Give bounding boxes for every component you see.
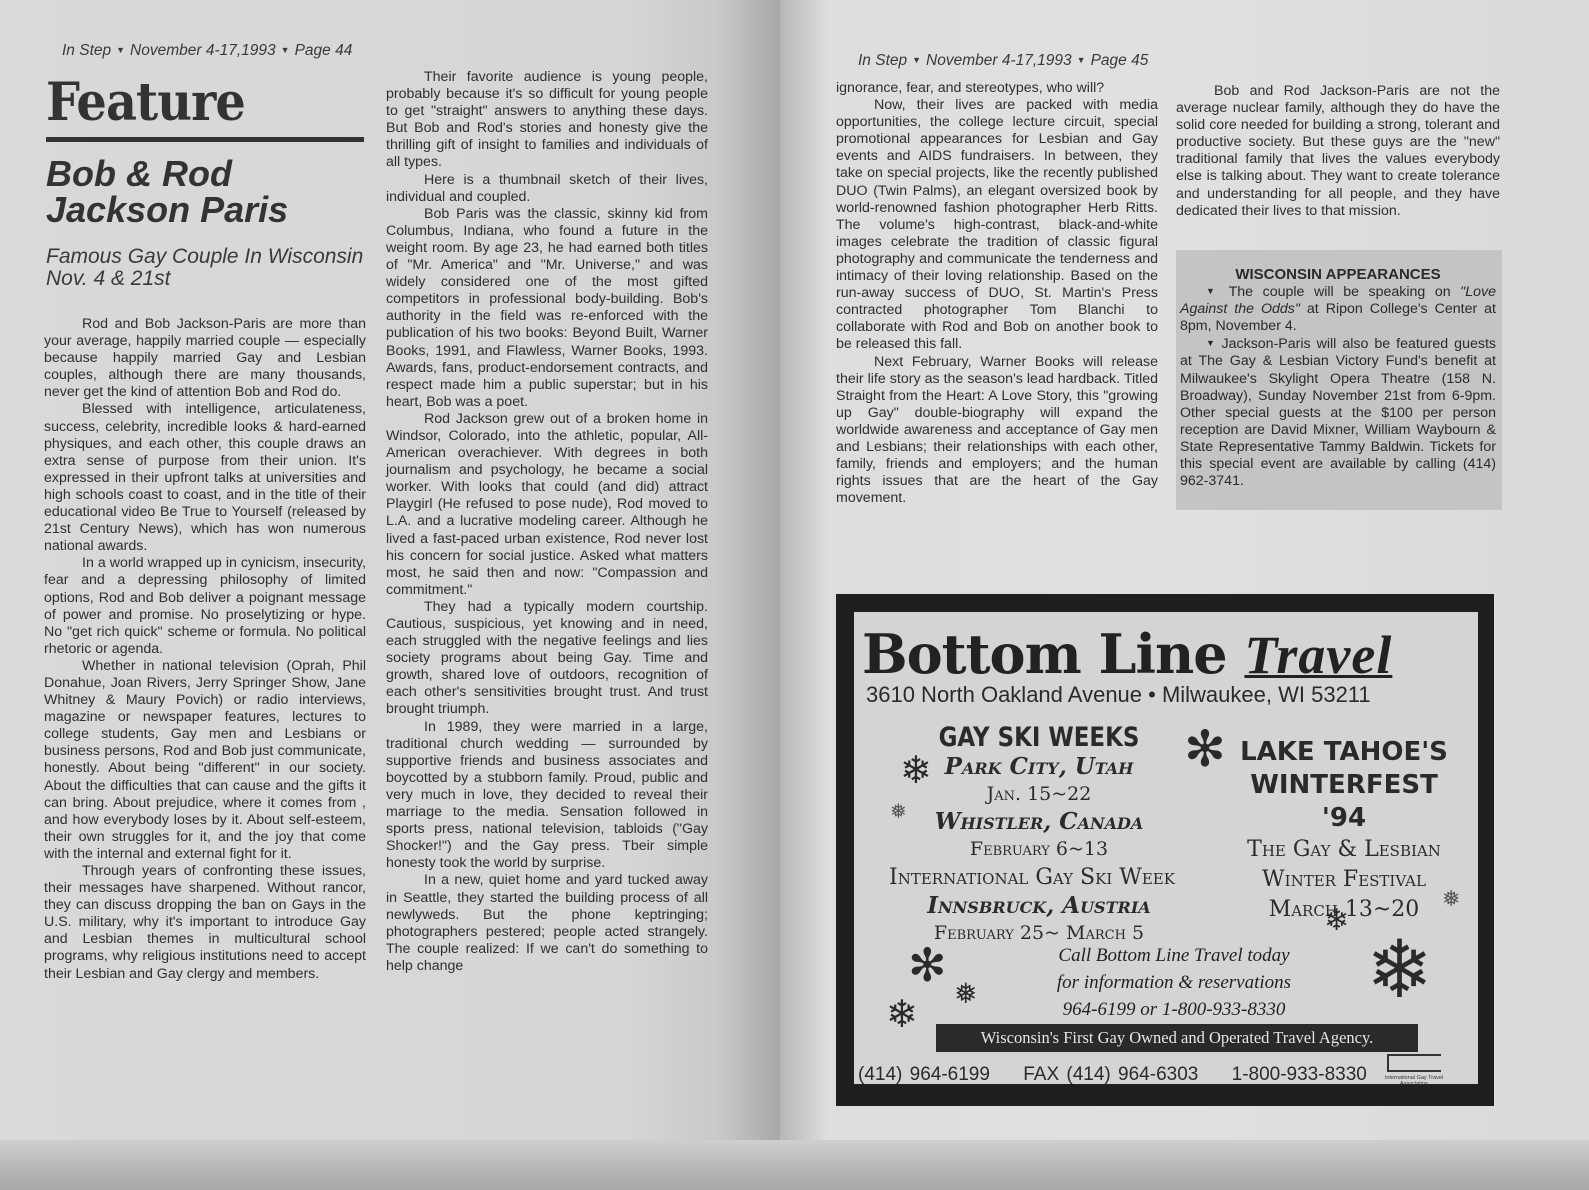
publication-name: In Step — [858, 52, 907, 69]
paragraph: Rod Jackson grew out of a broken home in… — [386, 411, 708, 599]
brand-text: Bottom Line — [862, 622, 1227, 686]
folio-left: In Step▼November 4-17,1993▼Page 44 — [62, 42, 352, 60]
snowflake-icon: ✻ — [908, 942, 947, 988]
folio-right: In Step▼November 4-17,1993▼Page 45 — [858, 52, 1148, 70]
paragraph: Whether in national television (Oprah, P… — [44, 658, 366, 863]
publication-name: In Step — [62, 42, 111, 59]
section-label: Feature — [46, 72, 245, 133]
triangle-bullet-icon: ▼ — [907, 55, 926, 65]
winterfest-heading-2: WINTERFEST '94 — [1224, 769, 1464, 835]
winterfest-block: LAKE TAHOE'S WINTERFEST '94 The Gay & Le… — [1224, 736, 1464, 925]
paragraph: They had a typically modern courtship. C… — [386, 599, 708, 719]
ad-contact-numbers: (414) 964-6199 FAX (414) 964-6303 1-800-… — [858, 1064, 1393, 1086]
snowflake-icon: ❄ — [1366, 930, 1433, 1010]
snowflake-icon: ❅ — [890, 802, 907, 822]
paragraph: Bob and Rod Jackson-Paris are not the av… — [1176, 83, 1500, 220]
winterfest-subtitle: The Gay & Lesbian — [1224, 835, 1464, 865]
paragraph: Here is a thumbnail sketch of their live… — [386, 172, 708, 206]
sidebar-title: WISCONSIN APPEARANCES — [1180, 266, 1496, 283]
paragraph: In 1989, they were married in a large, t… — [386, 719, 708, 873]
article-column-1: Rod and Bob Jackson-Paris are more than … — [44, 316, 366, 983]
ad-panel: Bottom Line Travel 3610 North Oakland Av… — [854, 612, 1478, 1084]
sidebar-item-text: The couple will be speaking on — [1229, 284, 1461, 300]
article-headline: Bob & Rod Jackson Paris — [46, 156, 376, 228]
event-location: Whistler, Canada — [874, 808, 1204, 836]
magazine-spread: In Step▼November 4-17,1993▼Page 44 Featu… — [0, 0, 1589, 1190]
page-edge-shadow — [0, 1140, 1589, 1190]
travel-advertisement: Bottom Line Travel 3610 North Oakland Av… — [836, 594, 1494, 1106]
paragraph: Next February, Warner Books will release… — [836, 354, 1158, 508]
section-rule — [46, 137, 364, 142]
phone-tollfree: 1-800-933-8330 — [1232, 1064, 1367, 1085]
sidebar-item: ▼ Jackson-Paris will also be featured gu… — [1180, 335, 1496, 490]
call-to-action: Call Bottom Line Travel today for inform… — [1034, 942, 1314, 1023]
event-dates: February 6~13 — [874, 836, 1204, 863]
igta-logo-icon — [1387, 1054, 1441, 1072]
paragraph: Now, their lives are packed with media o… — [836, 97, 1158, 353]
event-location: Innsbruck, Austria — [874, 892, 1204, 920]
snowflake-icon: ❅ — [954, 980, 977, 1008]
paragraph: Blessed with intelligence, articulatenes… — [44, 401, 366, 555]
article-column-2: Their favorite audience is young people,… — [386, 69, 708, 975]
article-column-4: Bob and Rod Jackson-Paris are not the av… — [1176, 83, 1500, 220]
sidebar-item-text: Jackson-Paris will also be featured gues… — [1180, 336, 1496, 489]
paragraph: Through years of confronting these issue… — [44, 863, 366, 983]
ad-brand-name: Bottom Line Travel — [862, 622, 1392, 686]
paragraph: In a new, quiet home and yard tucked awa… — [386, 872, 708, 975]
winterfest-heading-1: LAKE TAHOE'S — [1224, 736, 1464, 769]
page-number: Page 45 — [1091, 52, 1149, 69]
cta-line: Call Bottom Line Travel today — [1034, 942, 1314, 969]
paragraph: ignorance, fear, and stereotypes, who wi… — [836, 80, 1158, 97]
paragraph: Their favorite audience is young people,… — [386, 69, 708, 172]
igta-logo: International Gay Travel Association — [1382, 1054, 1446, 1087]
triangle-bullet-icon: ▼ — [276, 45, 295, 55]
cta-phone: 964-6199 or 1-800-933-8330 — [1034, 996, 1314, 1023]
snowflake-icon: ❅ — [1442, 888, 1460, 910]
paragraph: Bob Paris was the classic, skinny kid fr… — [386, 206, 708, 411]
snowflake-icon: ❄ — [886, 996, 918, 1034]
paragraph: In a world wrapped up in cynicism, insec… — [44, 555, 366, 658]
sidebar-item: ▼ The couple will be speaking on "Love A… — [1180, 283, 1496, 335]
ad-tagline: Wisconsin's First Gay Owned and Operated… — [936, 1024, 1418, 1052]
issue-date: November 4-17,1993 — [926, 52, 1072, 69]
triangle-bullet-icon: ▼ — [1206, 286, 1229, 296]
phone-fax: FAX (414) 964-6303 — [1023, 1064, 1198, 1085]
snowflake-icon: ❄ — [1324, 906, 1349, 936]
triangle-bullet-icon: ▼ — [1206, 338, 1222, 348]
article-subheadline: Famous Gay Couple In Wisconsin Nov. 4 & … — [46, 246, 376, 290]
phone-local: (414) 964-6199 — [858, 1064, 990, 1085]
paragraph: Rod and Bob Jackson-Paris are more than … — [44, 316, 366, 401]
ski-weeks-heading: GAY SKI WEEKS — [899, 722, 1180, 753]
cta-line: for information & reservations — [1034, 969, 1314, 996]
appearances-sidebar: WISCONSIN APPEARANCES ▼ The couple will … — [1176, 250, 1502, 510]
event-title: International Gay Ski Week — [860, 863, 1204, 892]
page-number: Page 44 — [295, 42, 353, 59]
igta-name: International Gay Travel Association — [1382, 1075, 1446, 1087]
snowflake-icon: ✻ — [1184, 724, 1226, 774]
issue-date: November 4-17,1993 — [130, 42, 276, 59]
ad-address: 3610 North Oakland Avenue • Milwaukee, W… — [866, 682, 1371, 708]
triangle-bullet-icon: ▼ — [1072, 55, 1091, 65]
brand-accent-text: Travel — [1244, 625, 1392, 685]
triangle-bullet-icon: ▼ — [111, 45, 130, 55]
winterfest-subtitle: Winter Festival — [1224, 865, 1464, 895]
snowflake-icon: ❄ — [900, 752, 932, 790]
article-column-3: ignorance, fear, and stereotypes, who wi… — [836, 80, 1158, 507]
